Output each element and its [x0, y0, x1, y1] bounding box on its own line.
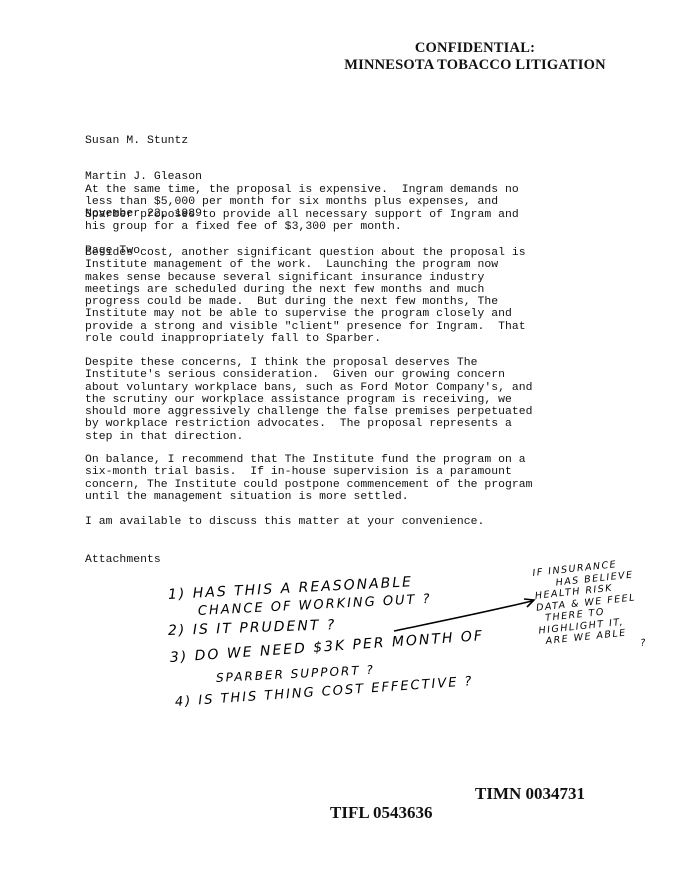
paragraph-cost: At the same time, the proposal is expens… — [85, 184, 519, 233]
stamp-line-2: MINNESOTA TOBACCO LITIGATION — [340, 57, 610, 74]
paragraph-management: Besides cost, another significant questi… — [85, 247, 526, 345]
paragraph-closing: I am available to discuss this matter at… — [85, 516, 484, 528]
bates-number-tifl: TIFL 0543636 — [330, 803, 433, 823]
stamp-line-1: CONFIDENTIAL: — [340, 40, 610, 57]
handwritten-arrow-icon — [392, 595, 542, 635]
paragraph-concerns: Despite these concerns, I think the prop… — [85, 357, 533, 443]
attachments-label: Attachments — [85, 554, 161, 566]
bates-number-tmn: TIMN 0034731 — [475, 784, 585, 804]
handwritten-side-note: If insurance has believe health risk dat… — [532, 554, 675, 660]
handwritten-question-2: 2) Is it prudent ? — [168, 617, 337, 639]
recipient-1: Susan M. Stuntz — [85, 135, 202, 147]
recipient-2: Martin J. Gleason — [85, 171, 202, 183]
paragraph-recommendation: On balance, I recommend that The Institu… — [85, 454, 533, 503]
confidential-stamp: CONFIDENTIAL: MINNESOTA TOBACCO LITIGATI… — [340, 40, 610, 74]
